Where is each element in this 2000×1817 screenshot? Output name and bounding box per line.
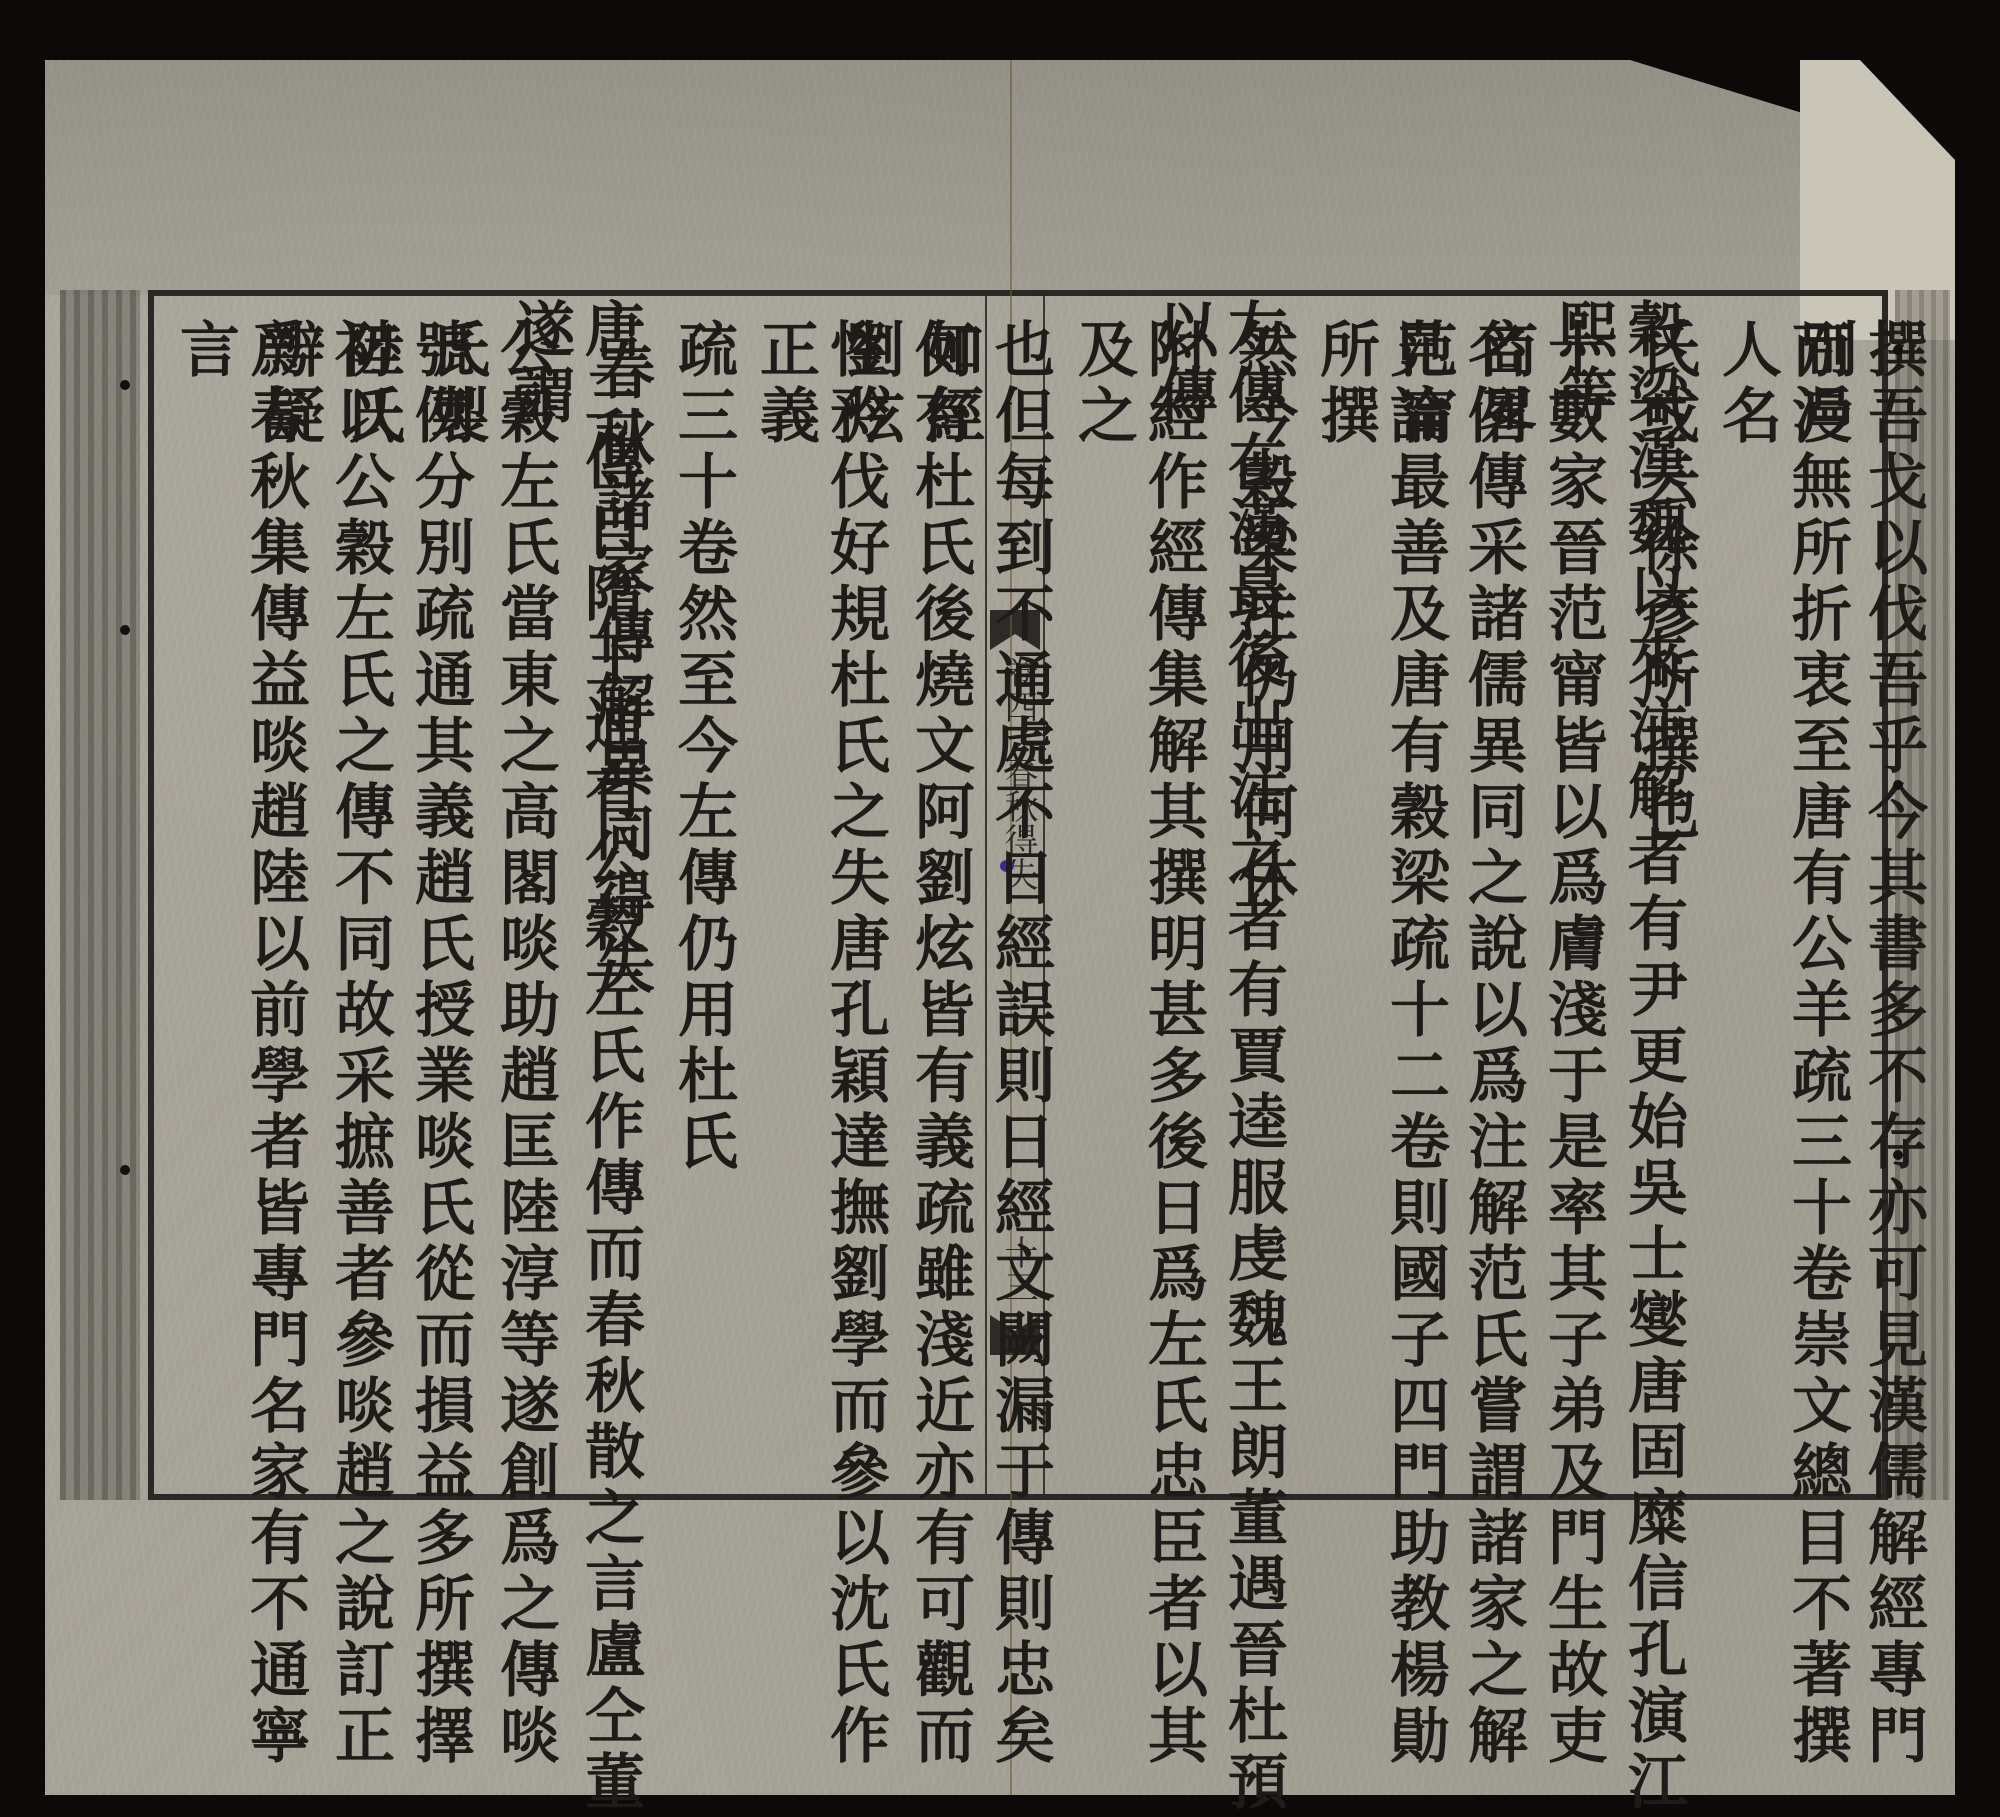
text-column: 性矜伐好規杜氏之失唐孔穎達撫劉學而參以沈氏作正義 (750, 318, 890, 1817)
text-column: 爲春秋集傳益啖趙陸以前學者皆專門名家有不通寧言 (170, 318, 310, 1817)
text-column: 疏三十卷然至今左傳仍用杜氏 (668, 318, 738, 1176)
binding-hole (1893, 780, 1903, 790)
left-outer-border (60, 290, 140, 1500)
text-column: 而漫無所折衷至唐有公羊疏三十卷崇文總目不著撰人名 (1712, 318, 1852, 1817)
text-column: 附經作經傳集解其撰明甚多後日爲左氏忠臣者以其及之 (1068, 318, 1208, 1817)
binding-hole (120, 380, 130, 390)
text-column: 見論最善及唐有穀梁疏十二卷則國子四門助教楊勛所撰 (1310, 318, 1450, 1817)
binding-hole (1893, 1150, 1903, 1160)
upper-margin (45, 60, 1955, 295)
binding-hole (120, 625, 130, 635)
binding-hole (1893, 345, 1903, 355)
binding-hole (120, 1165, 130, 1175)
